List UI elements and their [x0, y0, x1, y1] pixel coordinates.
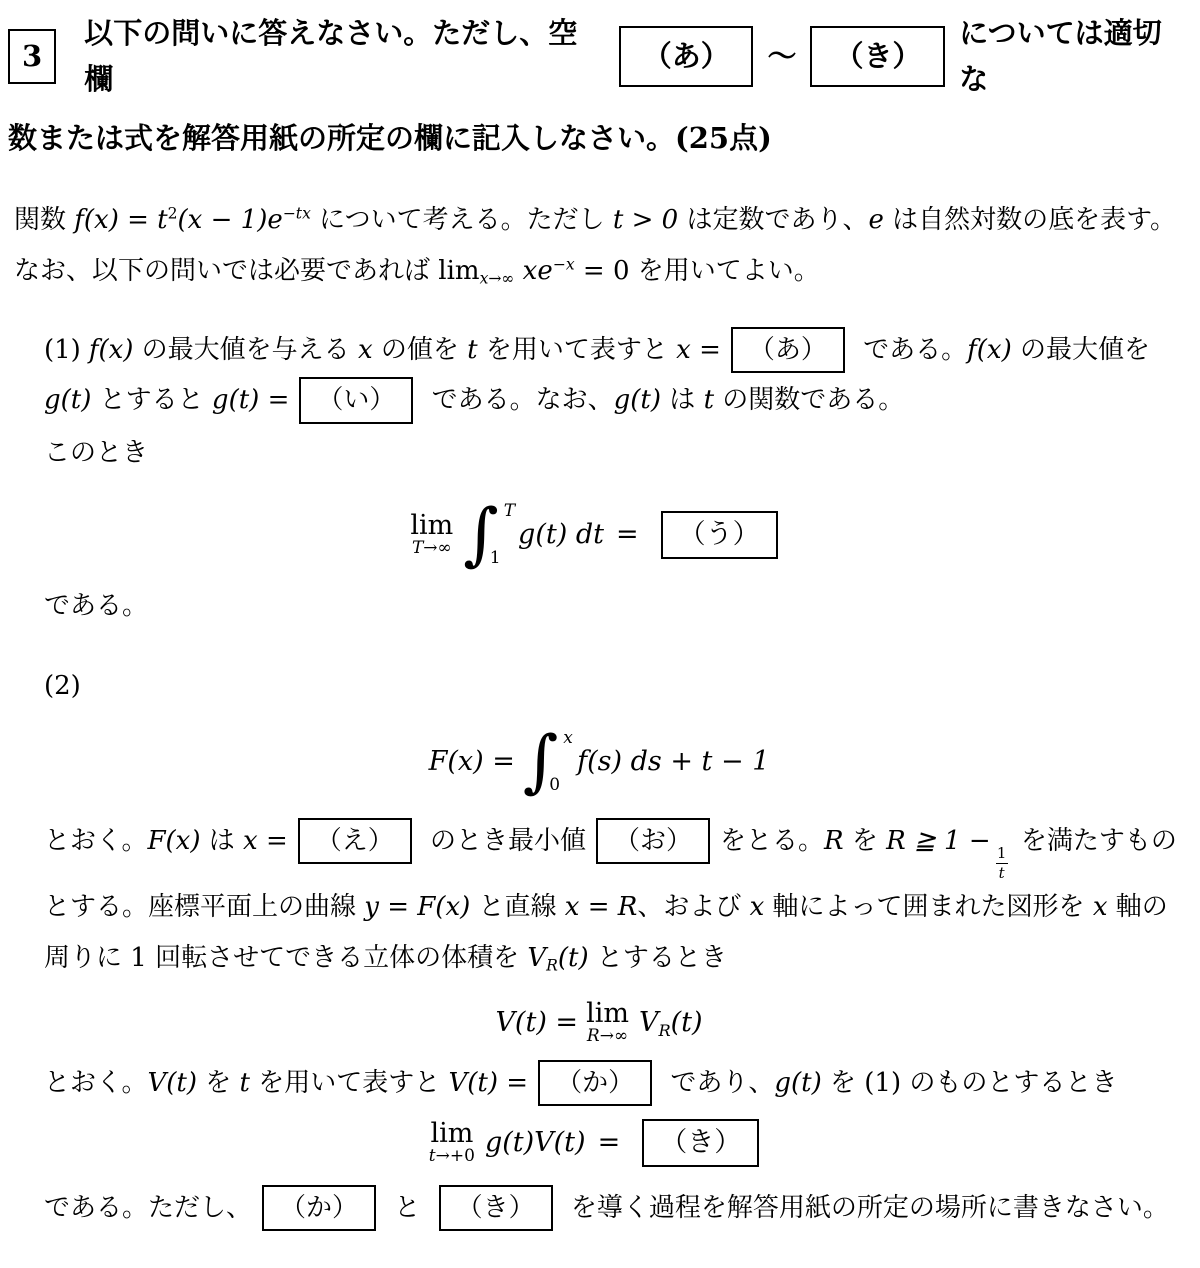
- math-subscript: R: [658, 1021, 670, 1040]
- math-segment: →+0: [436, 1146, 475, 1166]
- part1-reference: (1): [864, 1068, 901, 1098]
- math-segment: x: [1093, 892, 1108, 922]
- lim-subscript: t→+0: [429, 1148, 475, 1166]
- part2-label: (2): [44, 661, 1190, 712]
- text-segment: を: [822, 1068, 865, 1098]
- math-segment: V(t): [147, 1068, 197, 1098]
- math-segment: y = F(x): [364, 892, 470, 922]
- text-segment: 関数: [14, 205, 74, 235]
- text-segment: は: [661, 385, 704, 415]
- integral-lower-limit: 0: [549, 777, 560, 794]
- problem-number-box: 3: [8, 29, 56, 83]
- blank-box-ki: （き）: [642, 1119, 759, 1167]
- text-segment: を用いてよい。: [629, 256, 819, 286]
- text-segment: の最大値を: [1012, 335, 1150, 365]
- text-segment: であり、: [662, 1068, 774, 1098]
- text-segment: と直線: [470, 892, 565, 922]
- math-segment: x =: [676, 335, 721, 365]
- lim-subscript: →∞: [488, 270, 514, 288]
- text-segment: とするとき: [589, 943, 727, 973]
- closing-paragraph: である。ただし、（か） と （き） を導く過程を解答用紙の所定の場所に書きなさい…: [44, 1183, 1190, 1234]
- text-segment: は: [200, 826, 243, 856]
- fraction-denominator: t: [996, 863, 1008, 883]
- math-segment: t: [429, 1146, 436, 1166]
- lim-subscript: T→∞: [412, 540, 452, 558]
- math-segment: g(t) dt: [518, 519, 604, 550]
- math-segment: R: [824, 826, 844, 856]
- text-segment: である。なお、: [423, 385, 613, 415]
- text-segment: の値を: [373, 335, 468, 365]
- math-segment: g(t): [774, 1068, 821, 1098]
- fraction-1-over-t: 1t: [996, 844, 1008, 883]
- equals-sign: =: [598, 1127, 621, 1158]
- blank-box-ka: （か）: [538, 1060, 652, 1106]
- problem-header: 3 以下の問いに答えなさい。ただし、空欄 （あ） ～ （き） については適切な: [8, 10, 1190, 103]
- math-segment: e: [868, 205, 883, 235]
- lim-subscript: R→∞: [587, 1028, 628, 1046]
- math-segment: x =: [243, 826, 288, 856]
- intro-paragraph: 関数 f(x) = t2(x − 1)e−tx について考える。ただし t > …: [14, 195, 1190, 296]
- lim-word: lim: [410, 512, 453, 540]
- math-superscript: −tx: [283, 205, 311, 223]
- part1-paragraph: (1)f(x) の最大値を与える x の値を t を用いて表すと x =（あ） …: [44, 325, 1190, 426]
- blank-box-ki: （き）: [439, 1185, 553, 1231]
- blank-box-ka: （か）: [262, 1185, 376, 1231]
- header-blank-box-ki: （き）: [810, 26, 945, 87]
- text-segment: の最大値を与える: [133, 335, 358, 365]
- blank-box-o: （お）: [596, 818, 710, 864]
- math-segment: F(x): [147, 826, 200, 856]
- blank-box-a: （あ）: [731, 327, 845, 373]
- blank-box-u: （う）: [661, 511, 778, 559]
- fraction-numerator: 1: [997, 844, 1007, 863]
- lim-word: lim: [438, 256, 479, 286]
- math-segment: x = R: [565, 892, 638, 922]
- integral-upper-limit: T: [504, 503, 515, 520]
- equals-sign: =: [616, 519, 639, 550]
- text-segment: 軸によって囲まれた図形を: [764, 892, 1093, 922]
- text-segment: を: [844, 826, 887, 856]
- math-segment: g(t)V(t): [485, 1127, 586, 1158]
- math-segment: (x − 1)e: [178, 205, 283, 235]
- text-segment: とおく。: [44, 826, 147, 856]
- math-segment: f(x) = t: [74, 205, 167, 235]
- math-segment: t: [704, 385, 714, 415]
- header-instruction-2: については適切な: [959, 10, 1190, 103]
- math-segment: →∞: [600, 1026, 628, 1046]
- math-subscript: R: [546, 957, 558, 975]
- formula-V-definition: V(t) = limR→∞ VR(t): [8, 1000, 1190, 1046]
- integral-upper-limit: x: [563, 730, 574, 747]
- text-segment: は定数であり、: [678, 205, 868, 235]
- text-segment: である。: [855, 335, 967, 365]
- math-segment: f(x): [89, 335, 134, 365]
- formula-F-definition: F(x) = ∫x0 f(s) ds + t − 1: [8, 730, 1190, 794]
- header-tilde: ～: [767, 33, 796, 79]
- math-superscript: 2: [168, 205, 178, 223]
- math-segment: t: [240, 1068, 250, 1098]
- lim-word: lim: [430, 1120, 473, 1148]
- part1-label: (1): [44, 335, 81, 365]
- integral: ∫x0: [523, 730, 569, 794]
- integral: ∫T1: [463, 503, 510, 567]
- text-segment: である。ただし、: [44, 1193, 252, 1223]
- dearu-line: である。: [44, 581, 1190, 632]
- math-segment: R: [587, 1026, 600, 1046]
- math-segment: →∞: [423, 538, 451, 558]
- math-segment: t: [467, 335, 477, 365]
- part2-paragraph: とおく。F(x) は x =（え） のとき最小値（お）をとる。R を R ≧ 1…: [44, 816, 1190, 984]
- text-segment: 、および: [637, 892, 749, 922]
- text-segment: とおく。: [44, 1068, 147, 1098]
- math-segment: f(s) ds + t − 1: [577, 746, 769, 777]
- math-segment: x: [358, 335, 373, 365]
- integral-limits: T1: [499, 503, 510, 567]
- text-segment: の関数である。: [714, 385, 904, 415]
- math-segment: g(t): [44, 385, 91, 415]
- math-segment: = 0: [575, 256, 630, 286]
- text-segment: について考える。ただし: [311, 205, 613, 235]
- math-segment: V(t) =: [495, 1007, 578, 1038]
- text-segment: と: [386, 1193, 429, 1223]
- math-segment: x: [750, 892, 765, 922]
- math-superscript: −x: [553, 255, 575, 273]
- math-segment: (t): [671, 1007, 703, 1038]
- math-V-R-t: VR(t): [527, 933, 588, 984]
- math-segment: (t): [558, 943, 589, 973]
- text-segment: を: [197, 1068, 240, 1098]
- math-segment: g(t): [614, 385, 661, 415]
- exam-page: 3 以下の問いに答えなさい。ただし、空欄 （あ） ～ （き） については適切な …: [0, 0, 1200, 1268]
- para-ka: とおく。V(t) を t を用いて表すと V(t) =（か） であり、g(t) …: [44, 1058, 1190, 1109]
- math-segment: t > 0: [613, 205, 678, 235]
- lim-operator: limT→∞: [410, 512, 453, 558]
- text-segment: のとき最小値: [422, 826, 586, 856]
- text-segment: をとる。: [720, 826, 824, 856]
- formula-limit-integral-g: limT→∞ ∫T1 g(t) dt = （う）: [8, 503, 1190, 567]
- blank-box-i: （い）: [299, 377, 413, 423]
- text-segment: を用いて表すと: [478, 335, 677, 365]
- header-instruction-1: 以下の問いに答えなさい。ただし、空欄: [84, 10, 605, 103]
- integral-limits: x0: [558, 730, 569, 794]
- lim-operator: limt→+0: [429, 1120, 475, 1166]
- math-segment: R ≧ 1 −: [886, 826, 990, 856]
- math-segment: V: [527, 943, 546, 973]
- math-segment: xe: [514, 256, 552, 286]
- konotoki-line: このとき: [44, 428, 1190, 479]
- math-V-R-t: VR(t): [639, 1007, 703, 1038]
- text-segment: を導く過程を解答用紙の所定の場所に書きなさい。: [563, 1193, 1169, 1223]
- text-segment: のものとするとき: [901, 1068, 1117, 1098]
- math-segment: F(x) =: [429, 746, 515, 777]
- text-segment: を用いて表すと: [250, 1068, 449, 1098]
- math-segment: f(x): [967, 335, 1012, 365]
- math-segment: V(t) =: [449, 1068, 529, 1098]
- lim-operator: limR→∞: [586, 1000, 629, 1046]
- math-segment: V: [639, 1007, 659, 1038]
- header-instruction-line2: 数または式を解答用紙の所定の欄に記入しなさい。(25点): [8, 115, 1190, 161]
- integral-lower-limit: 1: [490, 550, 501, 567]
- header-blank-box-a: （あ）: [619, 26, 754, 87]
- lim-word: lim: [586, 1000, 629, 1028]
- math-segment: g(t) =: [212, 385, 289, 415]
- math-segment: T: [412, 538, 423, 558]
- formula-limit-gV: limt→+0 g(t)V(t) = （き）: [8, 1119, 1190, 1167]
- blank-box-e: （え）: [298, 818, 412, 864]
- text-segment: とすると: [91, 385, 212, 415]
